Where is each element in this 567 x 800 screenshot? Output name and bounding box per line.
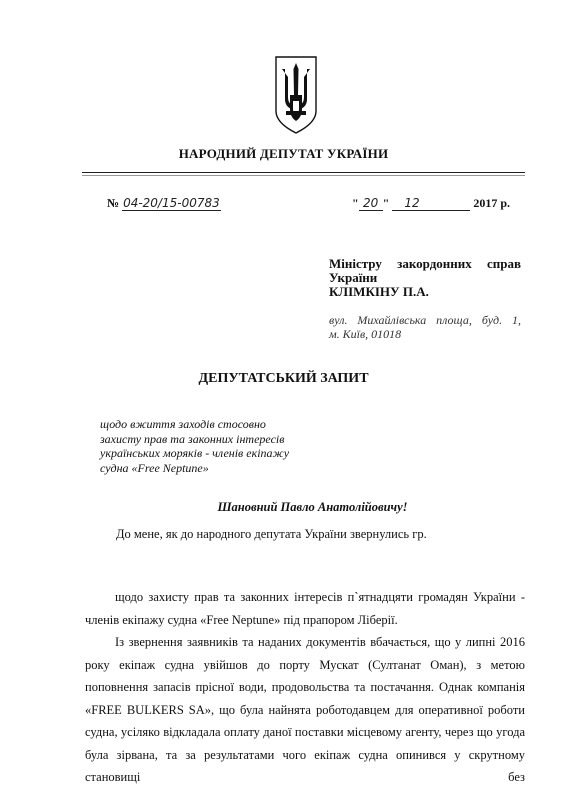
paragraph-intro: До мене, як до народного депутата Україн… bbox=[116, 523, 536, 546]
number-handwritten: 04-20/15-00783 bbox=[122, 197, 221, 211]
addressee: Міністру закордонних справ України КЛІМК… bbox=[329, 257, 521, 299]
addressee-address: вул. Михайлівська площа, буд. 1, м. Київ… bbox=[329, 313, 521, 341]
subject-line: захисту прав та законних інтересів bbox=[100, 432, 300, 447]
letterhead-title: НАРОДНИЙ ДЕПУТАТ УКРАЇНИ bbox=[0, 146, 567, 162]
paragraph-2: щодо захисту прав та законних інтересів … bbox=[85, 586, 525, 631]
address-line-1: вул. Михайлівська площа, буд. 1, bbox=[329, 313, 521, 327]
header-divider-thin bbox=[82, 175, 525, 176]
outgoing-number: № 04-20/15-00783 bbox=[107, 196, 221, 211]
date-day: 20 bbox=[359, 197, 383, 211]
document-title: ДЕПУТАТСЬКИЙ ЗАПИТ bbox=[0, 371, 567, 387]
addressee-word: закордонних bbox=[397, 256, 472, 271]
quote-open: " bbox=[352, 196, 359, 210]
coat-of-arms-icon bbox=[274, 55, 318, 135]
document-date: "20" 12 2017 р. bbox=[352, 196, 510, 211]
subject-block: щодо вжиття заходів стосовно захисту пра… bbox=[100, 417, 300, 475]
addressee-word: Міністру bbox=[329, 256, 382, 271]
greeting: Шановний Павло Анатолійовичу! bbox=[0, 500, 567, 515]
quote-close: " bbox=[383, 196, 390, 210]
address-line-2: м. Київ, 01018 bbox=[329, 327, 521, 341]
header-divider bbox=[82, 172, 525, 173]
subject-line: щодо вжиття заходів стосовно bbox=[100, 417, 300, 432]
addressee-line-2: України bbox=[329, 271, 521, 285]
addressee-line-1: Міністру закордонних справ bbox=[329, 257, 521, 271]
paragraph-3: Із звернення заявників та наданих докуме… bbox=[85, 631, 525, 789]
date-year: 2017 р. bbox=[473, 196, 510, 210]
number-prefix: № bbox=[107, 196, 119, 210]
addressee-word: справ bbox=[487, 256, 521, 271]
subject-line: українських моряків - членів екіпажу bbox=[100, 446, 300, 461]
subject-line: судна «Free Neptune» bbox=[100, 461, 300, 476]
date-month: 12 bbox=[392, 197, 470, 211]
addressee-name: КЛІМКІНУ П.А. bbox=[329, 285, 521, 299]
body-text: щодо захисту прав та законних інтересів … bbox=[85, 586, 525, 789]
